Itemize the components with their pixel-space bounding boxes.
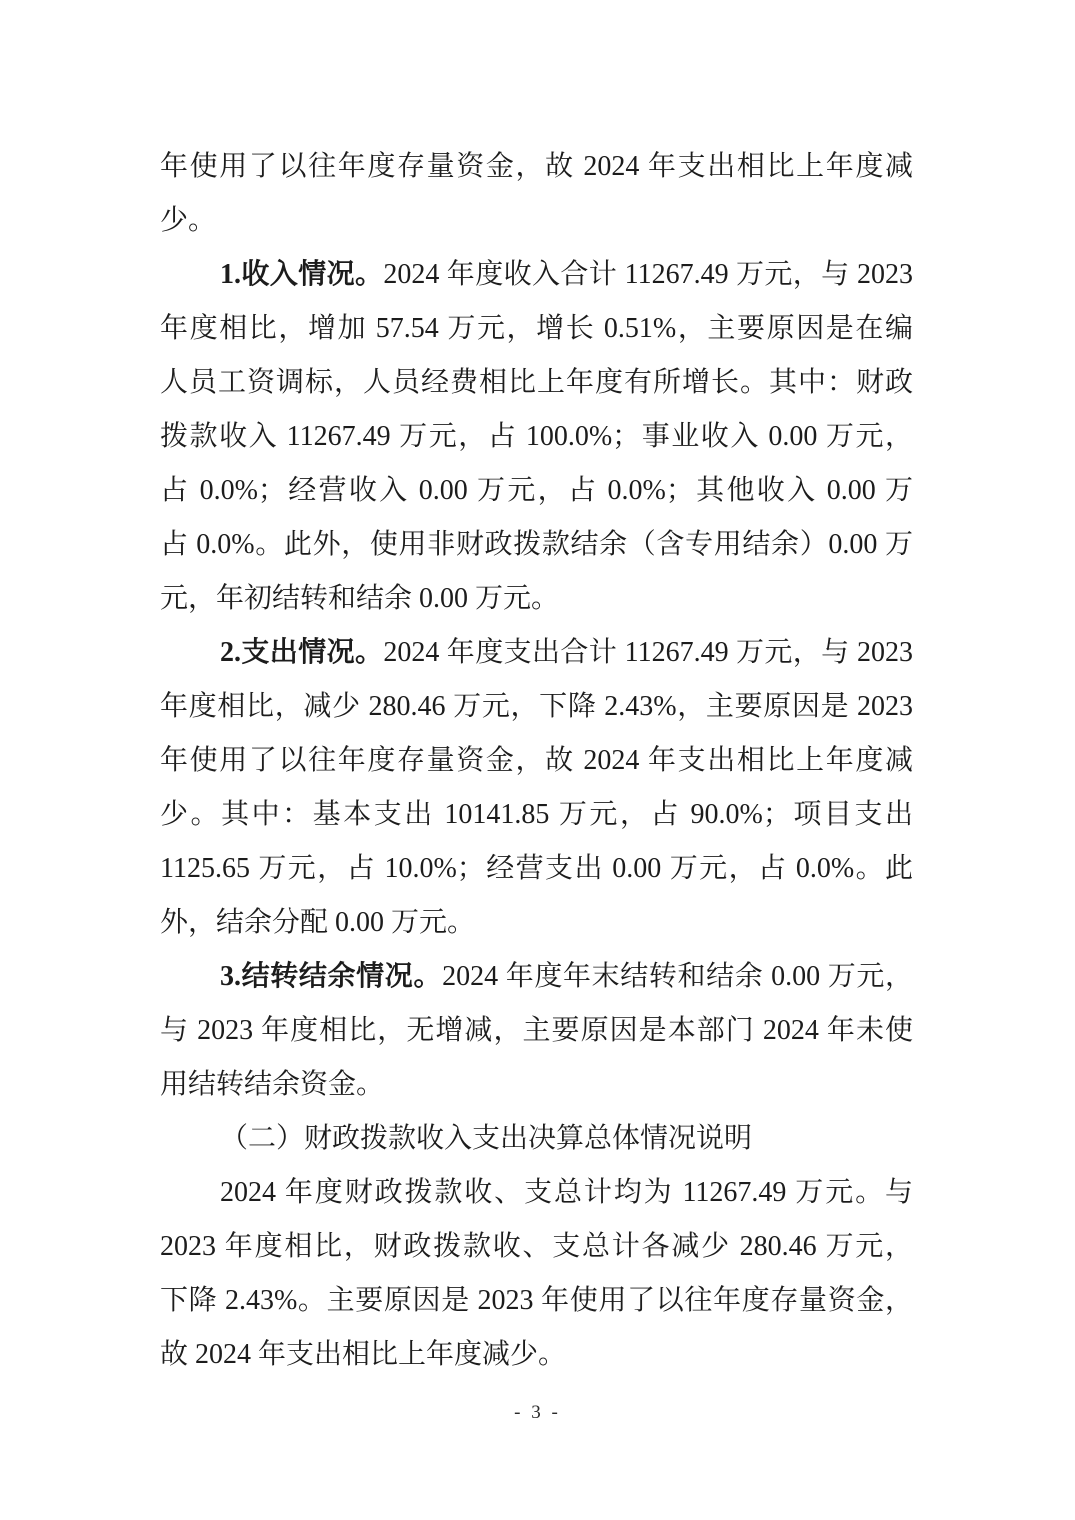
text-line: 下降 2.43%。主要原因是 2023 年使用了以往年度存量资金， [160,1274,913,1328]
text-line: 年度相比，增加 57.54 万元，增长 0.51%，主要原因是在编 [160,302,913,356]
text-segment: 故 2024 年支出相比上年度减少。 [160,1339,566,1370]
text-line: 少。其中：基本支出 10141.85 万元，占 90.0%；项目支出 [160,788,913,842]
text-line: 3.结转结余情况。2024 年度年末结转和结余 0.00 万元， [160,950,913,1004]
text-segment: 2024 年度财政拨款收、支总计均为 11267.49 万元。与 [220,1177,913,1208]
text-line: 占 0.0%；经营收入 0.00 万元，占 0.0%；其他收入 0.00 万元， [160,464,913,518]
para-expenditure-situation: 2.支出情况。2024 年度支出合计 11267.49 万元，与 2023年度相… [160,626,913,950]
document-body: 年使用了以往年度存量资金，故 2024 年支出相比上年度减少。1.收入情况。20… [160,140,913,1382]
text-line: 故 2024 年支出相比上年度减少。 [160,1328,913,1382]
text-line: 2024 年度财政拨款收、支总计均为 11267.49 万元。与 [160,1166,913,1220]
text-segment: 占 0.0%。此外，使用非财政拨款结余（含专用结余）0.00 万 [160,529,913,560]
text-segment: 元，年初结转和结余 0.00 万元。 [160,583,559,614]
text-segment: 外，结余分配 0.00 万元。 [160,907,475,938]
text-segment: 年使用了以往年度存量资金，故 2024 年支出相比上年度减 [160,151,913,182]
text-segment: 2024 年度收入合计 11267.49 万元，与 2023 [383,259,913,290]
text-line: 占 0.0%。此外，使用非财政拨款结余（含专用结余）0.00 万 [160,518,913,572]
run-in-heading-segment: 1.收入情况。 [220,259,383,290]
text-segment: 年使用了以往年度存量资金，故 2024 年支出相比上年度减 [160,745,913,776]
text-segment: 2024 年度支出合计 11267.49 万元，与 2023 [383,637,913,668]
text-line: 外，结余分配 0.00 万元。 [160,896,913,950]
text-line: 年使用了以往年度存量资金，故 2024 年支出相比上年度减 [160,140,913,194]
text-segment: 2024 年度年末结转和结余 0.00 万元， [442,961,913,992]
text-segment: 与 2023 年度相比，无增减，主要原因是本部门 2024 年未使 [160,1015,913,1046]
text-segment: 下降 2.43%。主要原因是 2023 年使用了以往年度存量资金， [160,1285,913,1316]
text-line: 元，年初结转和结余 0.00 万元。 [160,572,913,626]
section-heading-fiscal-appropriation: （二）财政拨款收入支出决算总体情况说明 [160,1112,913,1166]
text-segment: 拨款收入 11267.49 万元，占 100.0%；事业收入 0.00 万元， [160,421,913,452]
text-segment: 年度相比，减少 280.46 万元，下降 2.43%，主要原因是 2023 [160,691,913,722]
text-line: 人员工资调标，人员经费相比上年度有所增长。其中：财政 [160,356,913,410]
text-segment: 年度相比，增加 57.54 万元，增长 0.51%，主要原因是在编 [160,313,913,344]
text-line: 1.收入情况。2024 年度收入合计 11267.49 万元，与 2023 [160,248,913,302]
text-line: 年度相比，减少 280.46 万元，下降 2.43%，主要原因是 2023 [160,680,913,734]
text-segment: （二）财政拨款收入支出决算总体情况说明 [220,1123,752,1154]
text-line: 用结转结余资金。 [160,1058,913,1112]
document-page: 年使用了以往年度存量资金，故 2024 年支出相比上年度减少。1.收入情况。20… [0,0,1075,1520]
text-line: 与 2023 年度相比，无增减，主要原因是本部门 2024 年未使 [160,1004,913,1058]
text-segment: 2023 年度相比，财政拨款收、支总计各减少 280.46 万元， [160,1231,913,1262]
text-segment: 占 0.0%；经营收入 0.00 万元，占 0.0%；其他收入 0.00 万元， [160,475,913,518]
text-line: 年使用了以往年度存量资金，故 2024 年支出相比上年度减 [160,734,913,788]
run-in-heading-segment: 2.支出情况。 [220,637,383,668]
para-fiscal-appropriation-summary: 2024 年度财政拨款收、支总计均为 11267.49 万元。与2023 年度相… [160,1166,913,1382]
run-in-heading-segment: 3.结转结余情况。 [220,961,442,992]
text-segment: 用结转结余资金。 [160,1069,384,1100]
text-line: 拨款收入 11267.49 万元，占 100.0%；事业收入 0.00 万元， [160,410,913,464]
text-line: （二）财政拨款收入支出决算总体情况说明 [160,1112,913,1166]
text-line: 2.支出情况。2024 年度支出合计 11267.49 万元，与 2023 [160,626,913,680]
text-segment: 1125.65 万元，占 10.0%；经营支出 0.00 万元，占 0.0%。此 [160,853,913,884]
text-line: 少。 [160,194,913,248]
text-segment: 少。 [160,205,216,236]
page-number: - 3 - [0,1402,1075,1424]
para-expenditure-continued: 年使用了以往年度存量资金，故 2024 年支出相比上年度减少。 [160,140,913,248]
text-line: 1125.65 万元，占 10.0%；经营支出 0.00 万元，占 0.0%。此 [160,842,913,896]
text-segment: 少。其中：基本支出 10141.85 万元，占 90.0%；项目支出 [160,799,913,830]
text-segment: 人员工资调标，人员经费相比上年度有所增长。其中：财政 [160,367,913,398]
para-carryover-situation: 3.结转结余情况。2024 年度年末结转和结余 0.00 万元，与 2023 年… [160,950,913,1112]
text-line: 2023 年度相比，财政拨款收、支总计各减少 280.46 万元， [160,1220,913,1274]
para-income-situation: 1.收入情况。2024 年度收入合计 11267.49 万元，与 2023年度相… [160,248,913,626]
